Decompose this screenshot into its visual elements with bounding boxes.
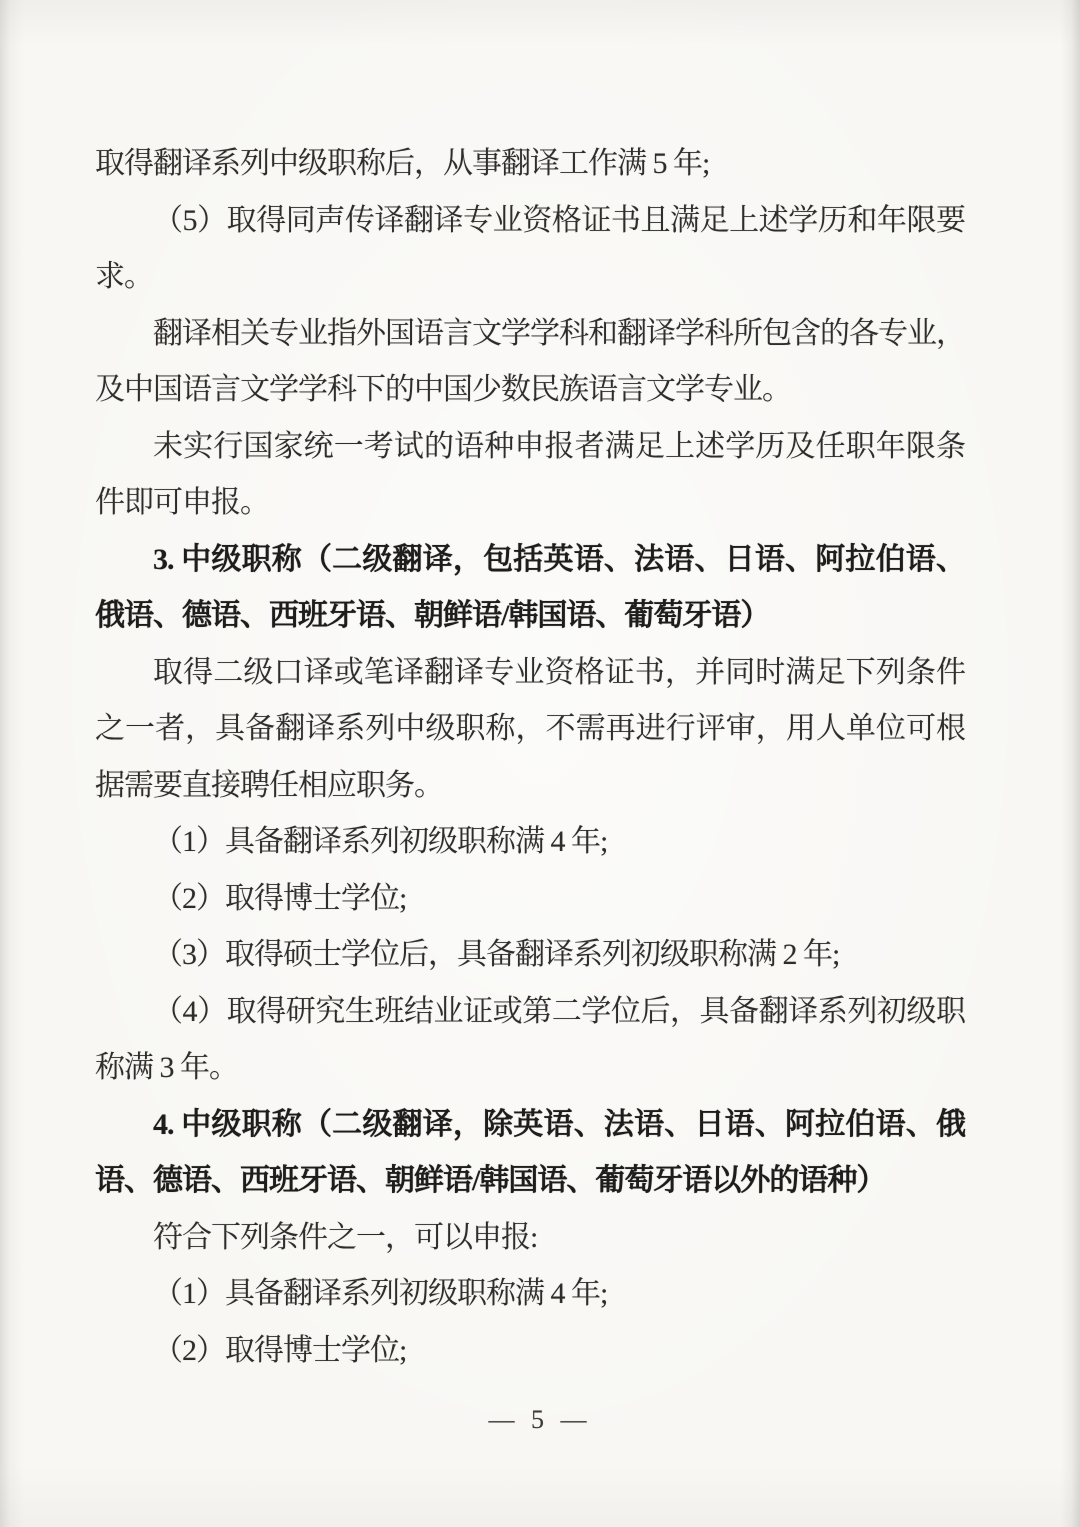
paragraph-line: 求。 <box>95 249 965 306</box>
list-item-line: （2）取得博士学位; <box>95 871 965 928</box>
paragraph-line: 翻译相关专业指外国语言文学学科和翻译学科所包含的各专业， <box>95 306 965 363</box>
paragraph-line: 之一者，具备翻译系列中级职称，不需再进行评审，用人单位可根 <box>95 701 965 758</box>
list-item-line: （4）取得研究生班结业证或第二学位后，具备翻译系列初级职 <box>95 984 965 1041</box>
paragraph-line: （5）取得同声传译翻译专业资格证书且满足上述学历和年限要 <box>95 193 965 250</box>
paragraph-line: 件即可申报。 <box>95 475 965 532</box>
list-item-line: （2）取得博士学位; <box>95 1323 965 1380</box>
page-number: — 5 — <box>0 1398 1080 1442</box>
paragraph-line: 未实行国家统一考试的语种申报者满足上述学历及任职年限条 <box>95 419 965 476</box>
list-item-line: （3）取得硕士学位后，具备翻译系列初级职称满 2 年; <box>95 927 965 984</box>
section-heading-line: 3. 中级职称（二级翻译，包括英语、法语、日语、阿拉伯语、 <box>95 532 965 589</box>
list-item-line: （1）具备翻译系列初级职称满 4 年; <box>95 814 965 871</box>
section-heading-line: 4. 中级职称（二级翻译，除英语、法语、日语、阿拉伯语、俄 <box>95 1097 965 1154</box>
paragraph-line: 称满 3 年。 <box>95 1040 965 1097</box>
document-page: 取得翻译系列中级职称后，从事翻译工作满 5 年; （5）取得同声传译翻译专业资格… <box>0 0 1080 1527</box>
paragraph-line: 符合下列条件之一，可以申报: <box>95 1210 965 1267</box>
paragraph-line: 及中国语言文学学科下的中国少数民族语言文学专业。 <box>95 362 965 419</box>
paragraph-line: 取得二级口译或笔译翻译专业资格证书，并同时满足下列条件 <box>95 645 965 702</box>
section-heading-line: 俄语、德语、西班牙语、朝鲜语/韩国语、葡萄牙语） <box>95 588 965 645</box>
document-body: 取得翻译系列中级职称后，从事翻译工作满 5 年; （5）取得同声传译翻译专业资格… <box>95 136 965 1379</box>
paragraph-line: 取得翻译系列中级职称后，从事翻译工作满 5 年; <box>95 136 965 193</box>
list-item-line: （1）具备翻译系列初级职称满 4 年; <box>95 1266 965 1323</box>
section-heading-line: 语、德语、西班牙语、朝鲜语/韩国语、葡萄牙语以外的语种） <box>95 1153 965 1210</box>
paragraph-line: 据需要直接聘任相应职务。 <box>95 758 965 815</box>
